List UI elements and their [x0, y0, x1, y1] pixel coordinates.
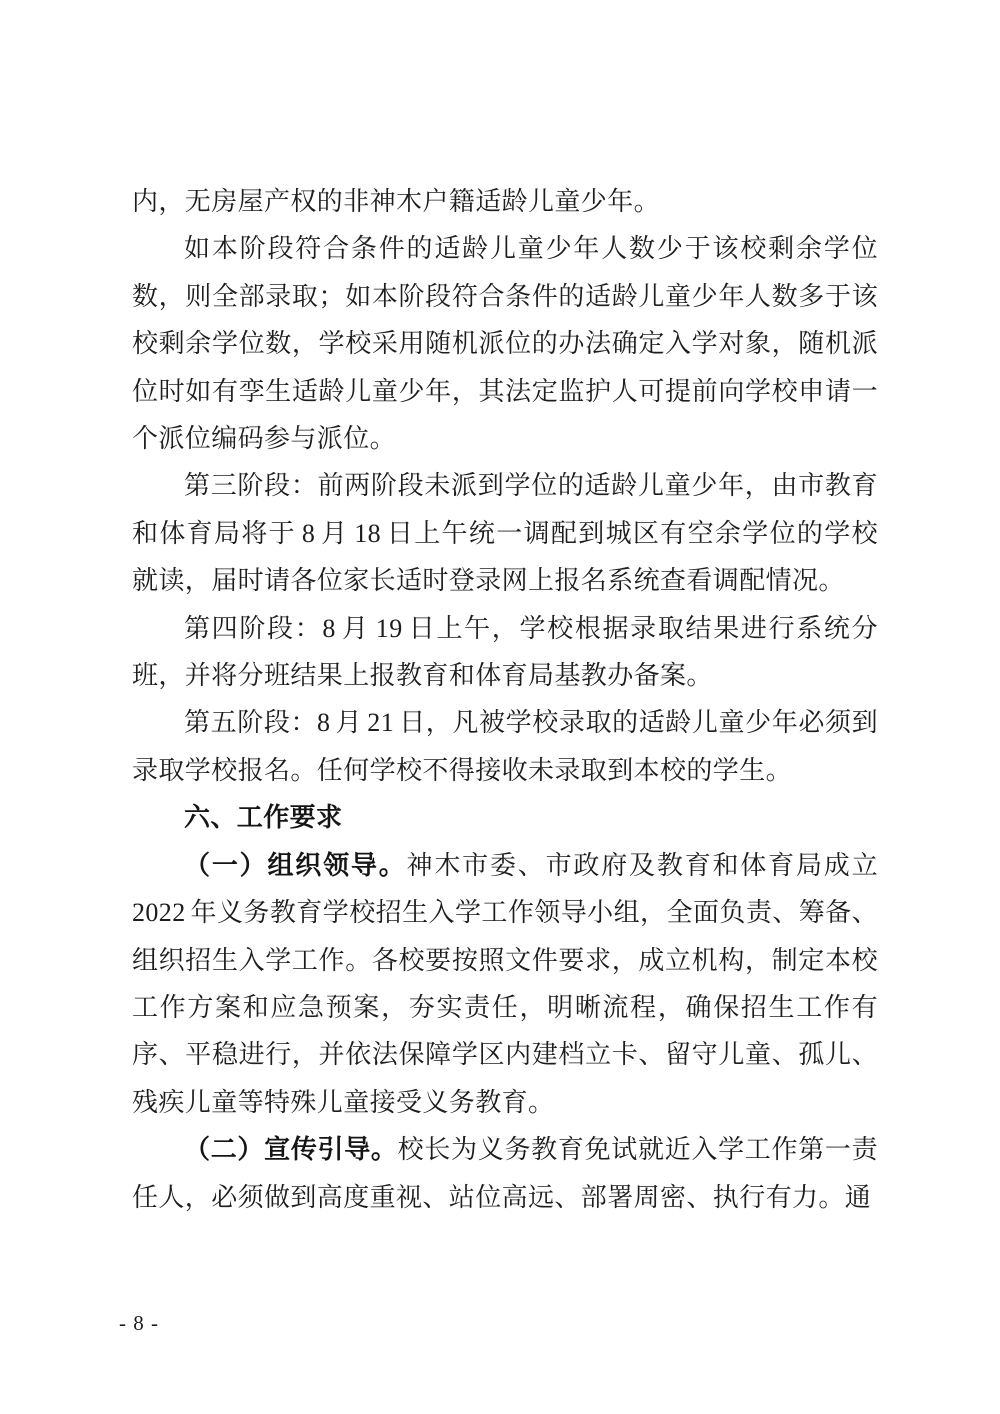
para-stage-four: 第四阶段：8 月 19 日上午，学校根据录取结果进行系统分班，并将分班结果上报教… [132, 605, 878, 700]
para-hukou-continuation: 内，无房屋产权的非神木户籍适龄儿童少年。 [132, 178, 878, 225]
document-page: 内，无房屋产权的非神木户籍适龄儿童少年。 如本阶段符合条件的适龄儿童少年人数少于… [0, 0, 1000, 1414]
heading-text: 六、工作要求 [184, 802, 342, 832]
para-publicity-guidance: （二）宣传引导。校长为义务教育免试就近入学工作第一责任人，必须做到高度重视、站位… [132, 1126, 878, 1221]
paragraph-text: 神木市委、市政府及教育和体育局成立 2022 年义务教育学校招生入学工作领导小组… [132, 851, 878, 1117]
paragraph-lead: （二）宣传引导。 [184, 1134, 398, 1164]
paragraph-text: 第四阶段：8 月 19 日上午，学校根据录取结果进行系统分班，并将分班结果上报教… [132, 614, 878, 690]
paragraph-text: 第三阶段：前两阶段未派到学位的适龄儿童少年，由市教育和体育局将于 8 月 18 … [132, 471, 878, 595]
document-body: 内，无房屋产权的非神木户籍适龄儿童少年。 如本阶段符合条件的适龄儿童少年人数少于… [132, 178, 878, 1221]
para-random-allocation: 如本阶段符合条件的适龄儿童少年人数少于该校剩余学位数，则全部录取；如本阶段符合条… [132, 225, 878, 462]
heading-work-requirements: 六、工作要求 [132, 794, 878, 841]
paragraph-text: 如本阶段符合条件的适龄儿童少年人数少于该校剩余学位数，则全部录取；如本阶段符合条… [132, 234, 878, 453]
para-stage-three: 第三阶段：前两阶段未派到学位的适龄儿童少年，由市教育和体育局将于 8 月 18 … [132, 462, 878, 604]
page-number: - 8 - [119, 1310, 159, 1336]
paragraph-text: 第五阶段：8 月 21 日，凡被学校录取的适龄儿童少年必须到录取学校报名。任何学… [132, 708, 878, 784]
para-org-leadership: （一）组织领导。神木市委、市政府及教育和体育局成立 2022 年义务教育学校招生… [132, 842, 878, 1126]
paragraph-lead: （一）组织领导。 [184, 850, 407, 880]
paragraph-text: 内，无房屋产权的非神木户籍适龄儿童少年。 [132, 187, 660, 216]
para-stage-five: 第五阶段：8 月 21 日，凡被学校录取的适龄儿童少年必须到录取学校报名。任何学… [132, 699, 878, 794]
